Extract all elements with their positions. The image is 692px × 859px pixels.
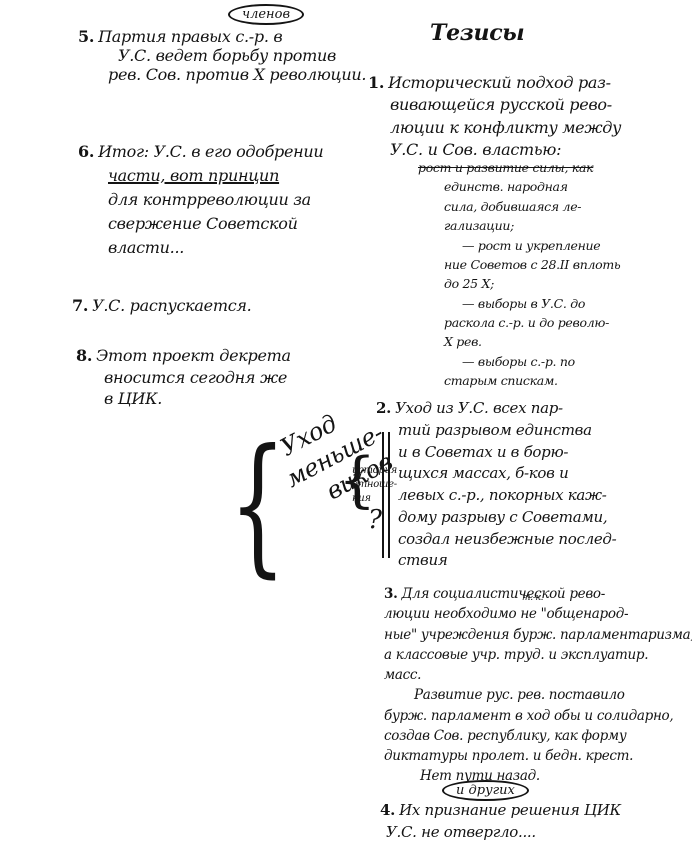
text-line: сила, добившаяся ле- (418, 197, 620, 216)
text-line: раскола с.-р. и до револю- (418, 313, 620, 332)
text-line: Для социалистической рево- (402, 586, 606, 602)
text-line: Итог: У.С. в его одобрении (98, 142, 323, 161)
item-number: 8. (76, 346, 92, 365)
item-number: 2. (376, 399, 391, 417)
text-line: в ЦИК. (76, 388, 291, 410)
text-line: У.С. не отвергло.... (380, 822, 621, 844)
item-number: 5. (78, 27, 94, 46)
text-line: Развитие рус. рев. поставило (384, 685, 692, 705)
text-line: Исторический подход раз- (388, 73, 611, 92)
item-number: 6. (78, 142, 94, 161)
item-7: 7.У.С. распускается. (72, 296, 251, 315)
margin-note-item4: и других (442, 780, 529, 801)
text-line: ние Советов с 28.II вплоть (418, 255, 620, 274)
text-line: диктатуры пролет. и бедн. крест. (384, 746, 692, 766)
text-line: Нет пути назад. (384, 766, 692, 786)
text-line: X рев. (418, 332, 620, 351)
text-line: масс. (384, 665, 692, 685)
text-line: Партия правых с.-р. в (98, 27, 282, 46)
text-line: Этот проект декрета (96, 346, 291, 365)
text-line: левых с.-р., покорных каж- (376, 485, 616, 507)
text-line: щихся массах, б-ков и (376, 463, 616, 485)
text-line: тий разрывом единства (376, 420, 616, 442)
item-3: 3.Для социалистической рево- люции необх… (384, 584, 692, 787)
item-8: 8.Этот проект декрета вносится сегодня ж… (76, 345, 291, 410)
text-line: власти... (78, 236, 323, 260)
text-line: ные" учреждения бурж. парламентаризма, (384, 625, 692, 645)
text-line: — выборы в У.С. до (418, 294, 620, 313)
item-number: 3. (384, 586, 398, 602)
text-line: вивающейся русской рево- (368, 94, 621, 116)
text-line: для контрреволюции за (78, 188, 323, 212)
margin-note-item5: членов (228, 4, 304, 25)
text-line: старым спискам. (418, 371, 620, 390)
item-6: 6.Итог: У.С. в его одобрении части, вот … (78, 140, 323, 260)
text-line-struck: рост и развитие силы, как (418, 160, 593, 175)
text-line: люции к конфликту между (368, 117, 621, 139)
text-line: создал неизбежные послед- (376, 529, 616, 551)
text-line: Уход из У.С. всех пар- (395, 399, 563, 417)
text-line: гализации; (418, 216, 620, 235)
text-line: — выборы с.-р. по (418, 352, 620, 371)
item-4: 4.Их признание решения ЦИК У.С. не отвер… (380, 800, 621, 844)
text-line: бурж. парламент в ход обы и солидарно, (384, 706, 692, 726)
item-5: 5.Партия правых с.-р. в У.С. ведет борьб… (78, 27, 366, 85)
text-line: рев. Сов. против Х революции. (78, 65, 366, 84)
text-line: до 25 X; (418, 274, 620, 293)
text-line: У.С. ведет борьбу против (78, 46, 366, 65)
item-1: 1.Исторический подход раз- вивающейся ру… (368, 72, 621, 162)
item-number: 1. (368, 73, 384, 92)
text-line: единств. народная (418, 177, 620, 196)
page-title: Тезисы (430, 20, 524, 46)
text-line: — рост и укрепление (418, 236, 620, 255)
text-line: вносится сегодня же (76, 367, 291, 389)
text-line: дому разрыву с Советами, (376, 507, 616, 529)
text-line: а классовые учр. труд. и эксплуатир. (384, 645, 692, 665)
item-number: 7. (72, 296, 88, 315)
text-line: свержение Советской (78, 212, 323, 236)
item-number: 4. (380, 801, 395, 819)
text-line: создав Сов. республику, как форму (384, 726, 692, 746)
item-1-sublist: рост и развитие силы, как единств. народ… (418, 158, 620, 391)
text-line: Их признание решения ЦИК (399, 801, 621, 819)
item-2: 2.Уход из У.С. всех пар- тий разрывом ед… (376, 398, 616, 572)
text-line: У.С. распускается. (92, 296, 251, 315)
text-line-underlined: части, вот принцип (108, 166, 279, 185)
text-line: и в Советах и в борю- (376, 442, 616, 464)
text-line: рост и развитие силы, как (418, 158, 620, 177)
text-line: части, вот принцип (78, 164, 323, 188)
text-line: ствия (376, 550, 616, 572)
text-line: люции необходимо не "общенарод- (384, 604, 692, 624)
